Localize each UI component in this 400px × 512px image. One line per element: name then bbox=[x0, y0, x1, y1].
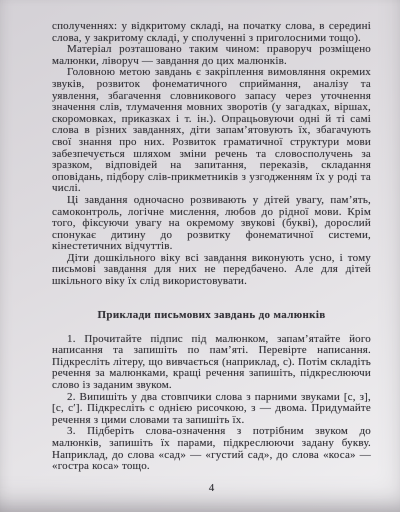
paragraph-main-goal: Головною метою завдань є закріплення вим… bbox=[52, 67, 371, 195]
section-heading: Приклади письмових завдань до малюнків bbox=[52, 309, 371, 321]
paragraph-development: Ці завдання одночасно розвивають у дітей… bbox=[52, 195, 371, 253]
book-page: сполученнях: у відкритому складі, на поч… bbox=[0, 0, 400, 512]
task-item-2: 2. Випишіть у два стовпчики слова з парн… bbox=[52, 392, 371, 427]
text-column: сполученнях: у відкритому складі, на поч… bbox=[52, 21, 371, 494]
task-item-3: 3. Підберіть слова-означення з потрібним… bbox=[52, 426, 371, 472]
page-number: 4 bbox=[52, 483, 371, 495]
paragraph-preschool-note: Діти дошкільного віку всі завдання викон… bbox=[52, 253, 371, 288]
paragraph-material-layout: Матеріал розташовано таким чином: правор… bbox=[52, 44, 371, 67]
task-item-1: 1. Прочитайте підпис під малюнком, запам… bbox=[52, 334, 371, 392]
paragraph-continuation: сполученнях: у відкритому складі, на поч… bbox=[52, 21, 371, 44]
